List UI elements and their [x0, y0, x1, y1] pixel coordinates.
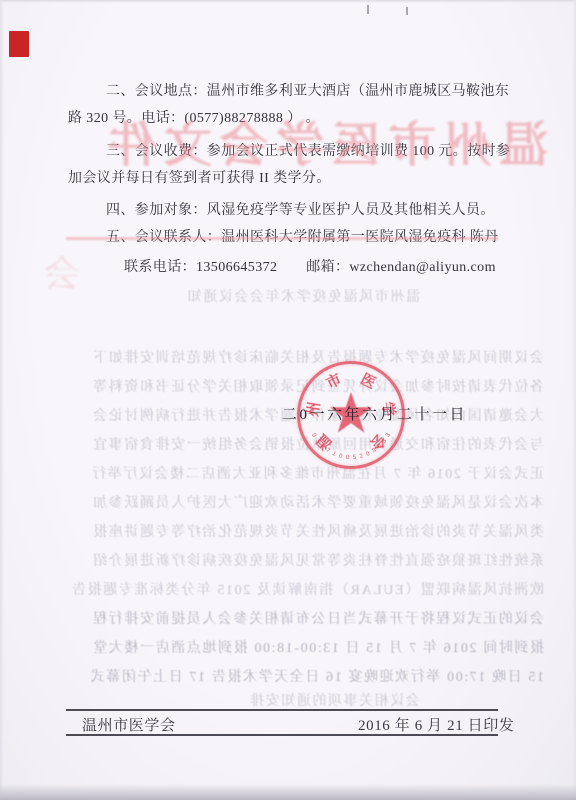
bleedthrough-text-line: 本次会议是风湿免疫领域重要学术活动欢迎广大医护人员踊跃参加: [42, 492, 544, 512]
scan-edge-top: [0, 0, 576, 3]
notice-text-line: 二、会议地点：温州市维多利亚大酒店（温州市鹿城区马鞍池东: [106, 80, 509, 100]
scan-edge-bottom: [0, 784, 576, 800]
red-corner-mark: [9, 31, 29, 57]
bleedthrough-text-line: 正式会议于 2016 年 7 月在温州市维多利亚大酒店二楼会议厅举行: [42, 463, 544, 483]
colophon-issuer: 温州市医学会: [82, 714, 176, 735]
seal-code-digit: 0: [344, 454, 351, 461]
bleedthrough-text-line: 会议期间风湿免疫学术专题报告及相关临床诊疗规范培训安排如下: [42, 347, 544, 367]
bleedthrough-ghost-char: 会: [44, 246, 80, 297]
scan-edge-left: [0, 0, 4, 800]
notice-text-line: 四、参加对象：风湿免疫学等专业医护人员及其他相关人员。: [106, 199, 495, 219]
bleedthrough-text-line: 各位代表请按时参加会议并凭签到记录领取相关学分证书和资料等: [42, 376, 544, 396]
bleedthrough-text-line: 会议相关事项的通知安排: [170, 690, 420, 710]
notice-text-line: 联系电话：13506645372 邮箱：wzchendan@aliyun.com: [124, 256, 496, 276]
seal-code-digit: 5: [351, 454, 358, 461]
notice-text-line: 加会议并每日有签到者可获得 II 类学分。: [68, 167, 331, 187]
bleedthrough-text-line: 欧洲抗风湿病联盟（EULAR）指南解读及 2015 年分类标准专题报告: [42, 579, 544, 599]
bleedthrough-text-line: 15 日晚 17:00 举行欢迎晚宴 16 日全天学术报告 17 日上午闭幕式: [42, 666, 544, 686]
scan-speck: [406, 7, 408, 15]
colophon-rule-bottom: [66, 734, 498, 736]
scanned-document-page: 温州市医学会文件 会 温州市风湿免疫学术年会会议通知 会议期间风湿免疫学术专题报…: [0, 0, 576, 800]
notice-date: 二0一六年六月二十一日: [282, 403, 467, 424]
bleedthrough-red-letterhead: 温州市医学会文件: [88, 106, 548, 168]
bleedthrough-text-line: 温州市风湿免疫学术年会会议通知: [165, 286, 420, 306]
bleedthrough-text-line: 会议的正式议程将于开幕式当日公布请相关参会人员提前安排行程: [42, 608, 544, 628]
scan-speck: [367, 5, 369, 14]
bleedthrough-text-line: 系统性红斑狼疮强直性脊柱炎等常见风湿免疫疾病诊疗新进展介绍: [42, 550, 544, 570]
bleedthrough-text-line: 与会代表的住宿和交通费用回原单位报销会务组统一安排食宿事宜: [42, 434, 544, 454]
bleedthrough-text-line: 报到时间 2016 年 7 月 15 日 13:00-18:00 报到地点酒店一…: [42, 637, 544, 657]
bleedthrough-text-line: 类风湿关节炎的诊治进展及痛风性关节炎规范化治疗等专题讲座报: [42, 521, 544, 541]
notice-text-line: 五、会议联系人：温州医科大学附属第一医院风湿免疫科 陈丹: [106, 226, 499, 246]
scan-edge-right: [572, 0, 576, 800]
bleedthrough-red-rule: [66, 237, 498, 240]
colophon-print-date: 2016 年 6 月 21 日印发: [358, 714, 514, 735]
